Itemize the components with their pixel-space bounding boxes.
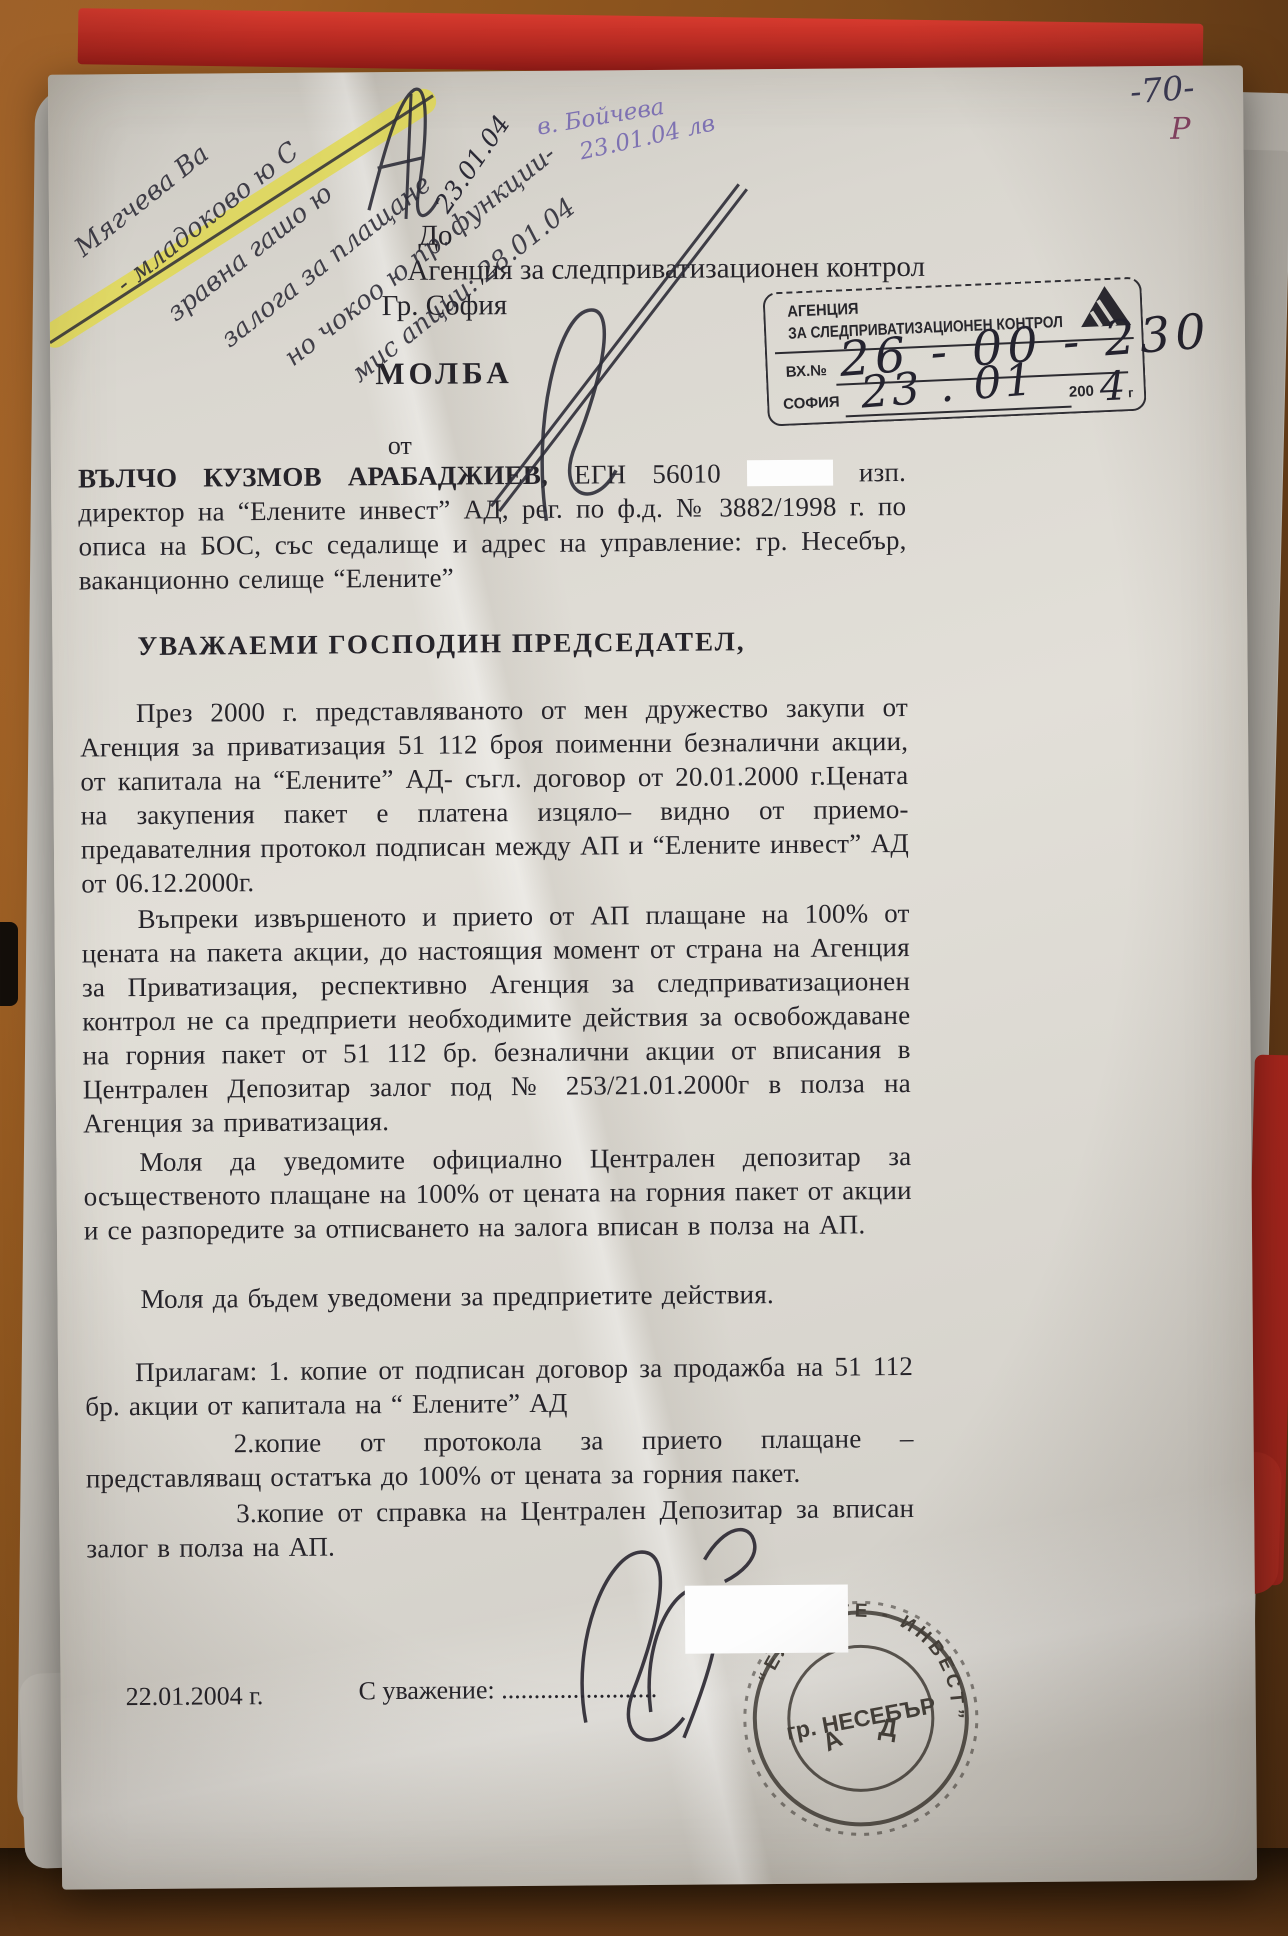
attachments-item-3: 3.копие от справка на Централен Депозита… [86,1491,915,1566]
attachments-item-1: Прилагам: 1. копие от подписан договор з… [85,1349,914,1424]
signature-redaction-box [685,1584,849,1653]
registry-stamp-box: АГЕНЦИЯ ЗА СЛЕДПРИВАТИЗАЦИОНЕН КОНТРОЛ В… [762,277,1146,427]
page-number-mark: -70- [1129,68,1196,112]
body-paragraph-2: Въпреки извършеното и прието от АП плаща… [81,896,911,1140]
egn-redaction-box [747,460,833,487]
stamp-year-handwritten: 4 [1099,363,1126,410]
stamp-entry-label: ВХ.№ [785,362,827,381]
salutation: УВАЖАЕМИ ГОСПОДИН ПРЕДСЕДАТЕЛ, [137,626,745,662]
corner-letter-mark: Р [1170,112,1190,147]
closing-line: С уважение: ........................ [358,1674,657,1706]
stamp-city-label: СОФИЯ [783,394,840,413]
body-paragraph-1: През 2000 г. представляваното от мен дру… [80,690,910,900]
closing-text: С уважение: [358,1675,494,1705]
attachments-item-2: 2.копие от протокола за прието плащане –… [86,1421,915,1496]
photo-scene: Мягчева Ва - младоково ю С зравна гашо ю… [0,0,1288,1936]
handwritten-margin-note: Мягчева Ва - младоково ю С зравна гашо ю… [69,65,610,493]
egn-prefix: ЕГН 56010 [548,458,721,489]
stamp-year-printed: 200 [1069,383,1095,401]
signature-dots: ........................ [501,1674,657,1704]
handwritten-purple-note: в. Бойчева 23.01.04 лв [535,86,717,168]
applicant-name: ВЪЛЧО КУЗМОВ АРАБАДЖИЕВ, [78,460,548,494]
applicant-paragraph: ВЪЛЧО КУЗМОВ АРАБАДЖИЕВ, ЕГН 56010 изп. … [78,455,907,597]
body-paragraph-3: Моля да уведомите официално Централен де… [83,1139,912,1247]
stamp-year-suffix: г [1128,385,1134,400]
from-label: от [388,431,412,461]
document-page: Мягчева Ва - младоково ю С зравна гашо ю… [48,65,1257,1889]
body-paragraph-4: Моля да бъдем уведомени за предприетите … [84,1276,912,1317]
stamp-org-line1: АГЕНЦИЯ [787,301,859,322]
document-date: 22.01.2004 г. [126,1681,264,1712]
binder-clip-mark [0,922,18,1006]
